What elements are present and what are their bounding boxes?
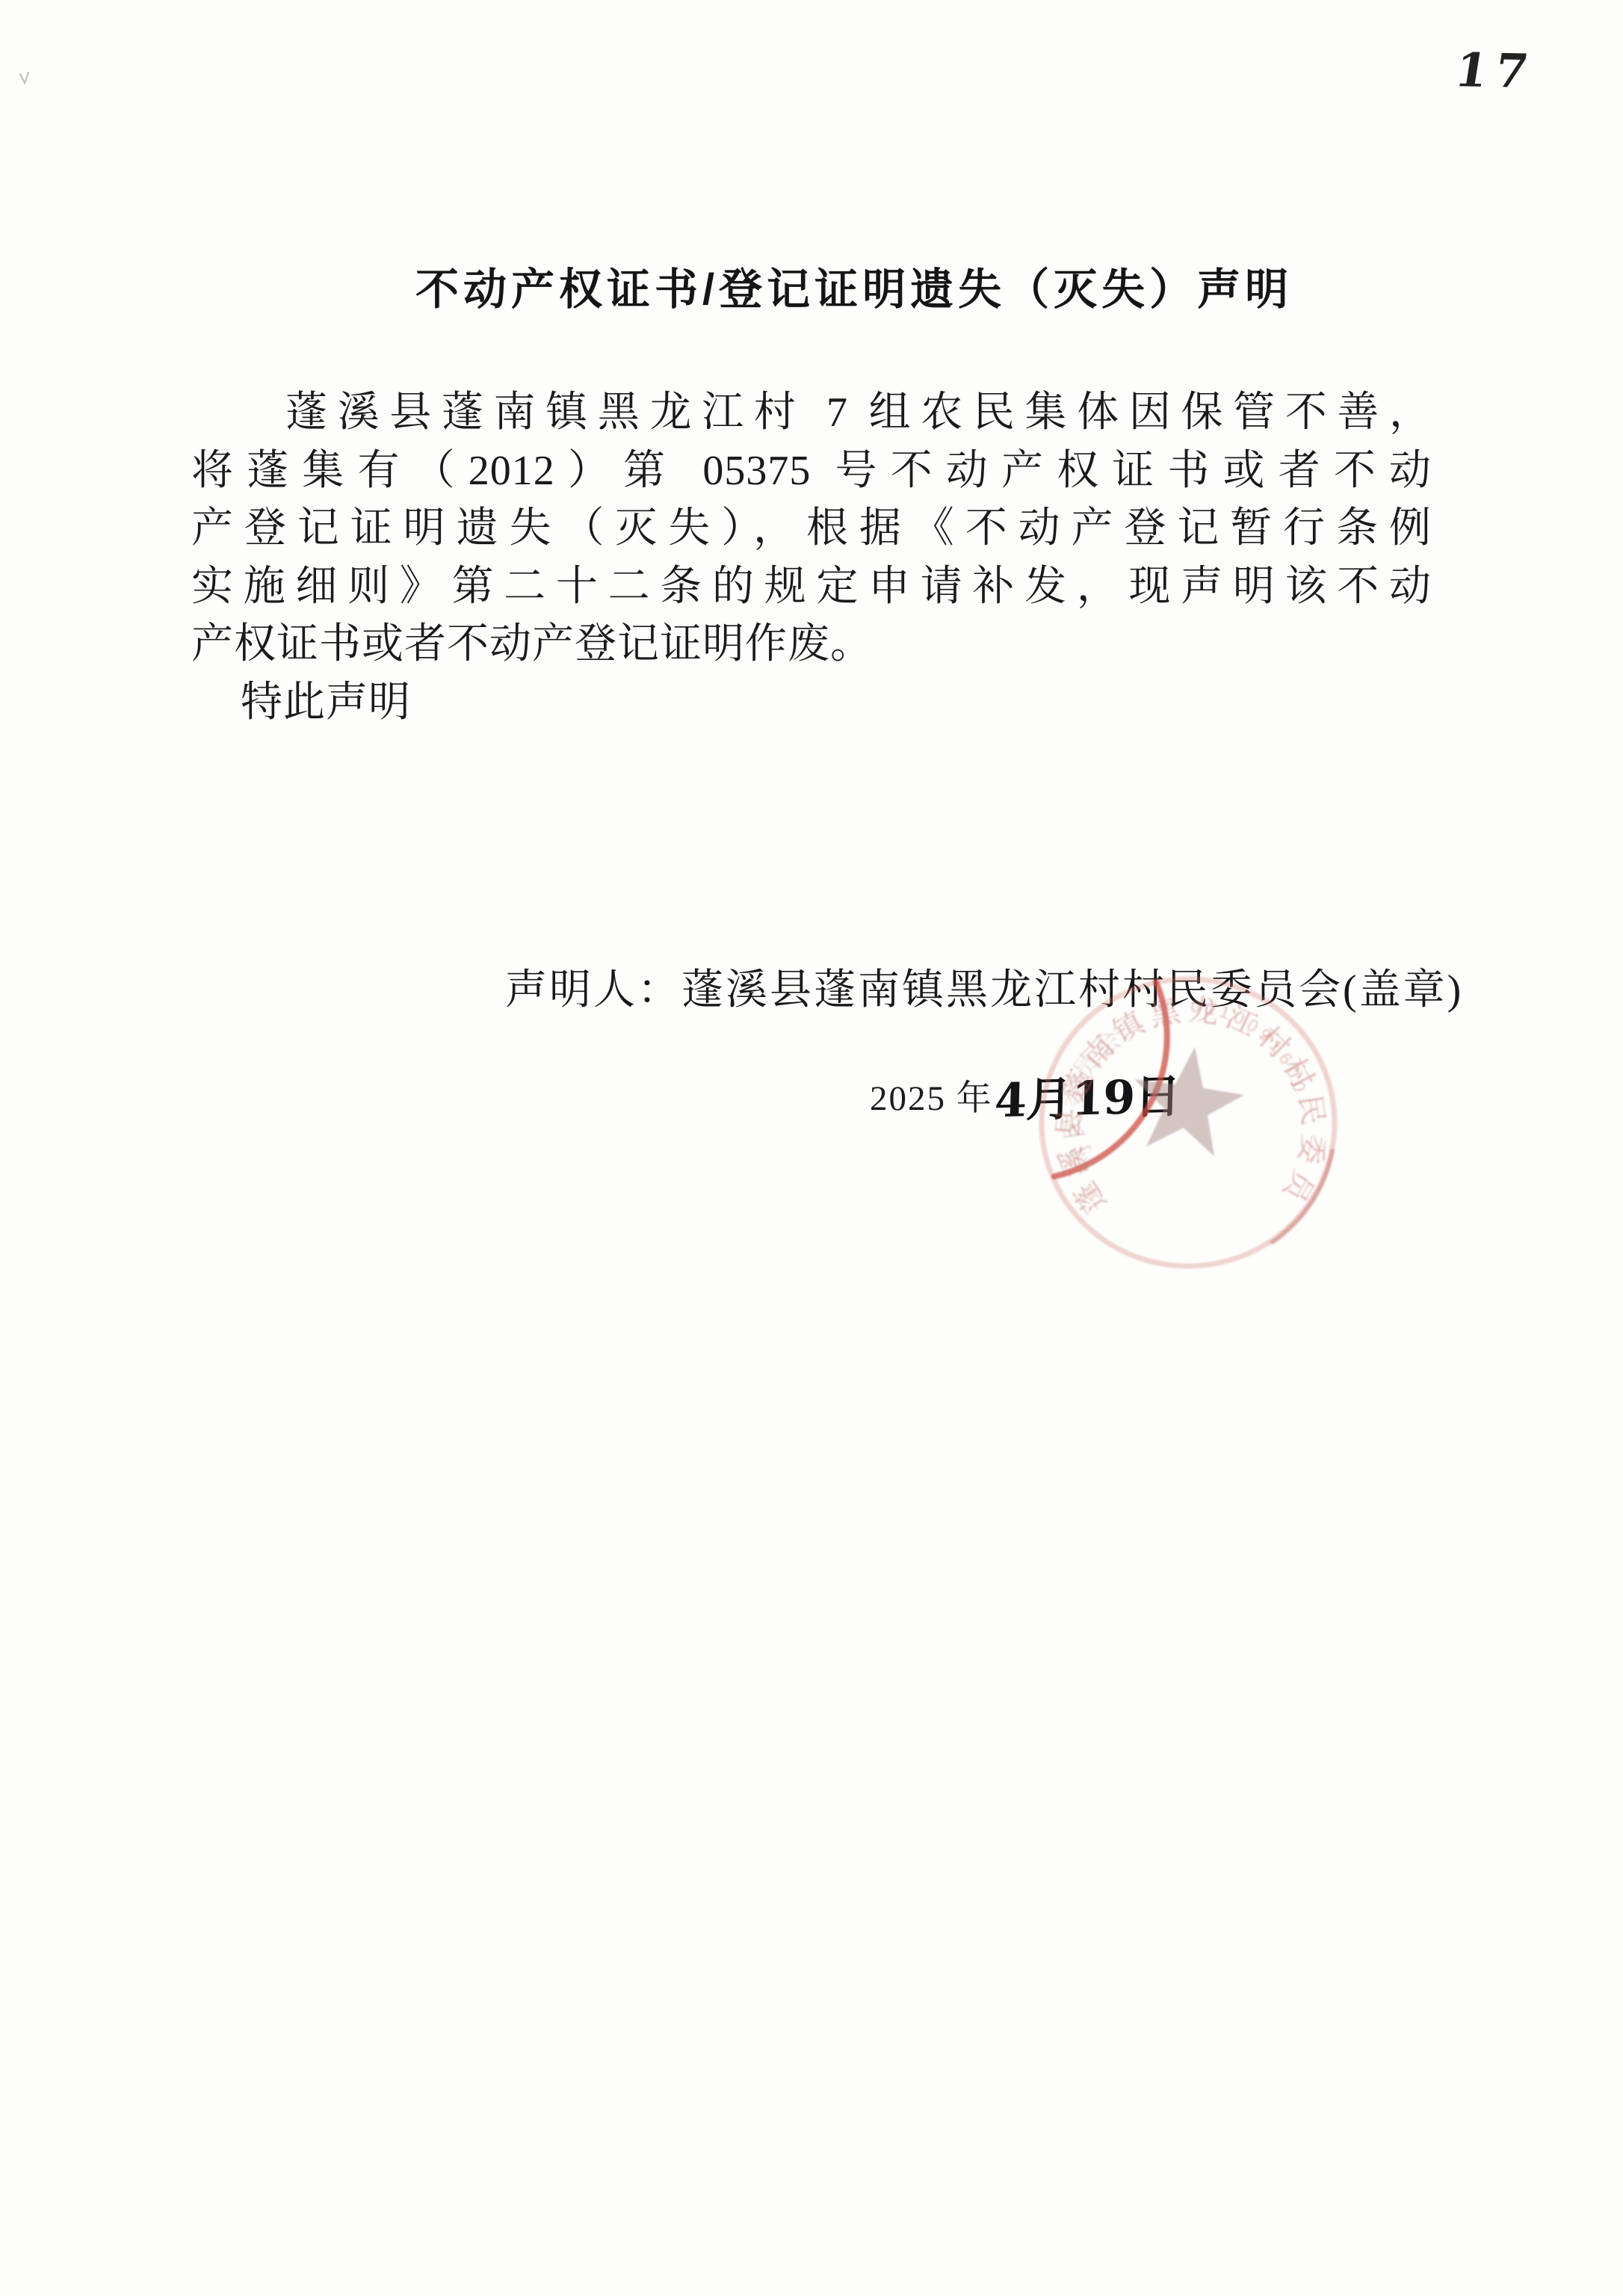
- scanned-document-page: 17 不动产权证书/登记证明遗失（灭失）声明 蓬溪县蓬南镇黑龙江村 7 组农民集…: [0, 0, 1623, 2296]
- date-line: 2025 年4月19日: [870, 1061, 1180, 1128]
- declarant-signature-line: 声明人：蓬溪县蓬南镇黑龙江村村民委员会(盖章): [505, 957, 1463, 1016]
- body-line: 产权证书或者不动产登记证明作废。: [191, 616, 1432, 674]
- scan-artifact-mark: [18, 70, 34, 87]
- body-line: 将蓬集有（2012）第 05375 号不动产权证书或者不动: [191, 442, 1432, 501]
- body-line: 产登记证明遗失（灭失），根据《不动产登记暂行条例: [191, 500, 1432, 558]
- date-handwritten-part: 4月19日: [994, 1059, 1181, 1131]
- seal-ring-right-arc: [1273, 1151, 1332, 1242]
- document-title: 不动产权证书/登记证明遗失（灭失）声明: [415, 254, 1293, 317]
- body-line: 实施细则》第二十二条的规定申请补发，现声明该不动: [191, 558, 1432, 617]
- body-closing-line: 特此声明: [191, 674, 1432, 732]
- page-number: 17: [1451, 43, 1539, 99]
- declaration-body: 蓬溪县蓬南镇黑龙江村 7 组农民集体因保管不善， 将蓬集有（2012）第 053…: [191, 384, 1432, 732]
- date-printed-part: 2025 年: [870, 1079, 993, 1118]
- body-line: 蓬溪县蓬南镇黑龙江村 7 组农民集体因保管不善，: [191, 384, 1432, 442]
